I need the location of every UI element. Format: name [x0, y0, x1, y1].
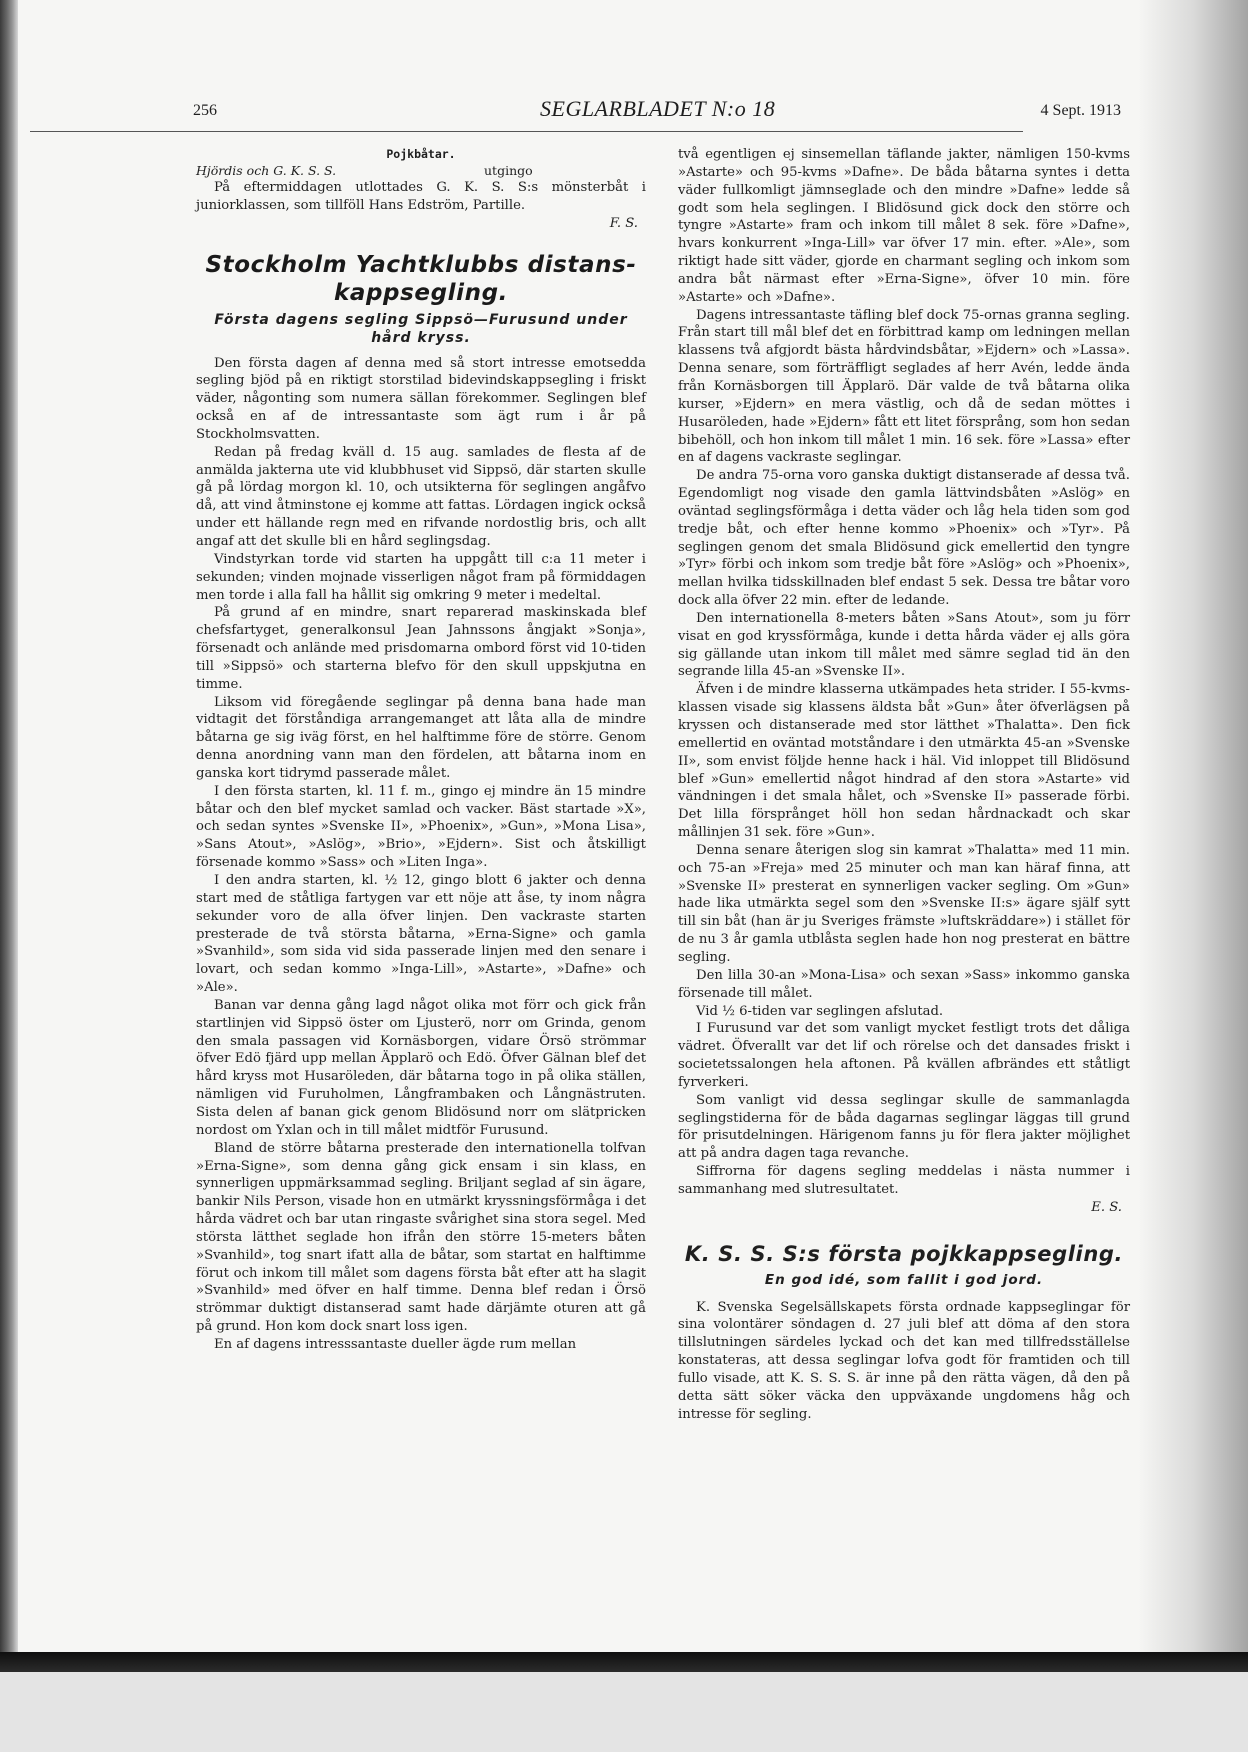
scanner-edge-bar [0, 1652, 1248, 1672]
paragraph: Redan på fredag kväll d. 15 aug. samlade… [196, 444, 646, 551]
paragraph: En af dagens intresssantaste dueller ägd… [196, 1336, 646, 1354]
scanner-background [0, 1672, 1248, 1752]
article-title: Stockholm Yachtklubbs distans-kappseglin… [196, 251, 646, 307]
right-column: två egentligen ej sinsemellan täflande j… [678, 146, 1130, 1424]
paragraph: Vid ½ 6-tiden var seglingen afslutad. [678, 1003, 1130, 1021]
paragraph: Denna senare återigen slog sin kamrat »T… [678, 842, 1130, 967]
paragraph: Äfven i de mindre klasserna utkämpades h… [678, 681, 1130, 842]
paragraph: Vindstyrkan torde vid starten ha uppgått… [196, 551, 646, 605]
paragraph: två egentligen ej sinsemellan täflande j… [678, 146, 1130, 307]
paragraph: Siffrorna för dagens segling meddelas i … [678, 1163, 1130, 1199]
paragraph: På grund af en mindre, snart reparerad m… [196, 604, 646, 693]
page-number: 256 [193, 102, 217, 120]
paragraph: I den första starten, kl. 11 f. m., ging… [196, 783, 646, 872]
header-rule [30, 131, 1023, 132]
paragraph: I Furusund var det som vanligt mycket fe… [678, 1020, 1130, 1091]
prize-paragraph: På eftermiddagen utlottades G. K. S. S:s… [196, 179, 646, 215]
results-row: Hjördis och G. K. S. S. utgingo [196, 162, 646, 179]
results-boats: Hjördis och G. K. S. S. [196, 162, 336, 180]
paragraph: Som vanligt vid dessa seglingar skulle d… [678, 1092, 1130, 1163]
results-heading: Pojkbåtar. [196, 146, 646, 162]
scanned-page: 256 SEGLARBLADET N:o 18 4 Sept. 1913 Poj… [0, 0, 1248, 1655]
book-binding-edge [0, 0, 18, 1655]
article-subtitle: Första dagens segling Sippsö—Furusund un… [196, 311, 646, 347]
masthead: SEGLARBLADET N:o 18 [540, 96, 775, 122]
signature: F. S. [196, 215, 646, 233]
paragraph: K. Svenska Segelsällskapets första ordna… [678, 1299, 1130, 1424]
paragraph: Den lilla 30-an »Mona-Lisa» och sexan »S… [678, 967, 1130, 1003]
paragraph: Dagens intressantaste täfling blef dock … [678, 307, 1130, 468]
results-status: utgingo [484, 162, 533, 180]
signature: E. S. [678, 1199, 1130, 1217]
page-curl-shadow [1138, 0, 1248, 1655]
running-header: 256 SEGLARBLADET N:o 18 4 Sept. 1913 [163, 96, 1121, 136]
paragraph: Bland de större båtarna presterade den i… [196, 1140, 646, 1336]
paragraph: De andra 75-orna voro ganska duktigt dis… [678, 467, 1130, 610]
left-column: Pojkbåtar. Hjördis och G. K. S. S. utgin… [196, 146, 646, 1354]
paragraph: Banan var denna gång lagd något olika mo… [196, 997, 646, 1140]
issue-date: 4 Sept. 1913 [1041, 102, 1121, 120]
paragraph: Den internationella 8-meters båten »Sans… [678, 610, 1130, 681]
article2-subtitle: En god idé, som fallit i god jord. [678, 1271, 1130, 1289]
article2-title: K. S. S. S:s första pojkkappsegling. [678, 1241, 1130, 1267]
paragraph: I den andra starten, kl. ½ 12, gingo blo… [196, 872, 646, 997]
paragraph: Liksom vid föregående seglingar på denna… [196, 694, 646, 783]
paragraph: Den första dagen af denna med så stort i… [196, 355, 646, 444]
